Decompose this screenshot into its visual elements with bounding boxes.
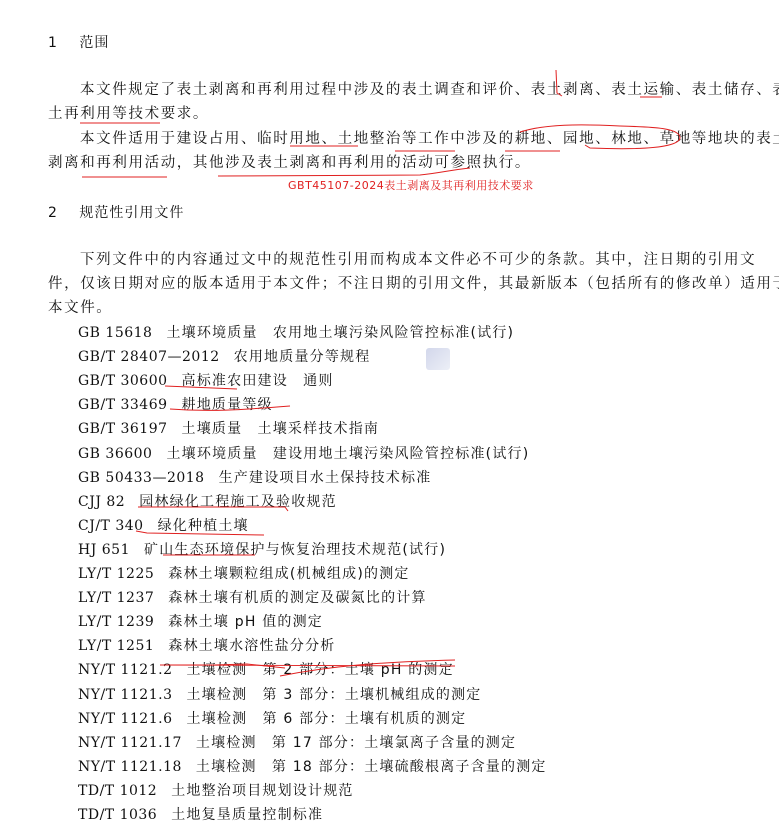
red-annotation-marks: [0, 0, 779, 832]
